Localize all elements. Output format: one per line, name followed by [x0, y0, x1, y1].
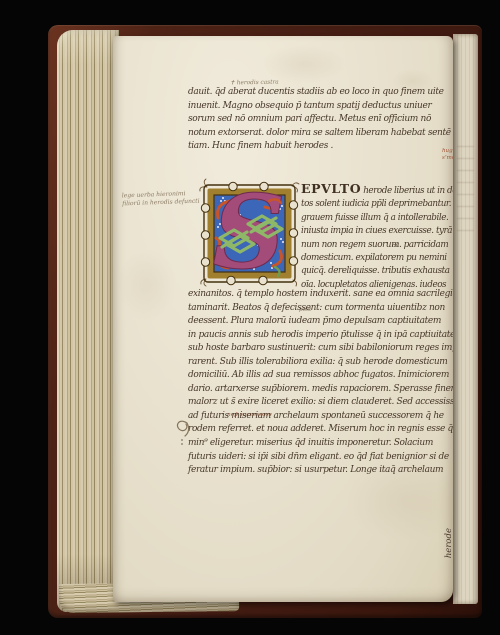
manuscript-line: ad futuris miseriam archelaum spontaneū … — [188, 410, 453, 424]
text-block-main: exinanitos. q̄ templo hostem induxerit. … — [188, 288, 453, 478]
manuscript-line: tiam. Hunc finem habuit herodes . — [188, 140, 451, 154]
page-edge-stack-left — [57, 30, 119, 612]
manuscript-line: dario. artarxerse sup̄biorem. medis rapa… — [188, 383, 453, 397]
manuscript-line: in paucis annis sub herodis imperio p̄tu… — [188, 329, 453, 343]
manuscript-line: inuenit. Magno obsequio p̄ tantum spatij… — [188, 100, 451, 114]
marginal-gloss-line: hug’ q̄d ste — [442, 148, 453, 155]
manuscript-line: iniusta impia in ciues exercuisse. tyrā — [301, 225, 453, 238]
interlinear-gloss: cū — [392, 243, 399, 249]
marginal-note-left: lege uerba hieronimi filiorū in herodis … — [122, 190, 200, 208]
manuscript-line: domiciliū. Ab illis ad sua remissos abho… — [188, 369, 453, 383]
manuscript-line: notum extorserat. dolor mira se saltem l… — [188, 127, 451, 141]
paraph-mark-icon — [174, 416, 192, 448]
text-block-top: dauit. q̄d aberat ducentis stadiis ab eo… — [188, 86, 451, 154]
manuscript-line: rodem referret. et noua adderet. Miserum… — [188, 423, 453, 437]
manuscript-line: num non regem suorum. parricidam — [301, 239, 453, 252]
manuscript-line: rarent. Sub illis tolerabiliora exilia: … — [188, 356, 453, 370]
manuscript-line: deessent. Plura malorū iudeam p̄mo depul… — [188, 315, 453, 329]
fore-edge-leaves-right — [453, 34, 478, 604]
photo-background: ✝ herodis castra dauit. q̄d aberat ducen… — [0, 0, 500, 635]
incipit-rest: herode liberius ut in defunc — [363, 186, 453, 196]
incipit-capitals: EPVLTO — [301, 181, 361, 196]
manuscript-line: quicq̄. dereliquisse. tributis exhausta — [301, 265, 453, 278]
manuscript-recto-page: ✝ herodis castra dauit. q̄d aberat ducen… — [113, 36, 453, 602]
illuminated-initial: S — [201, 183, 298, 284]
illuminated-initial-art: S — [201, 183, 298, 284]
manuscript-line: taminarit. Beatos q̄ defecissent: cum to… — [188, 302, 453, 316]
manuscript-line: futuris uideri: si ip̄i sibi dn̄m eligan… — [188, 451, 453, 465]
showthrough-text-ghost — [457, 146, 474, 241]
manuscript-line: domesticum. expilatorem pu nemini — [301, 252, 453, 265]
marginal-gloss-right: hug’ q̄d ste s’mone — [442, 148, 453, 161]
manuscript-line: grauem fuisse illum q̄ a intollerabile. — [301, 212, 453, 225]
manuscript-line: feratur impium. sup̄bior: si usurpetur. … — [188, 464, 453, 478]
manuscript-line: tos solent iudicia pp̄li deprimebantur. — [301, 198, 453, 211]
manuscript-line-incipit: EPVLTOherode liberius ut in defunc — [301, 182, 453, 198]
manuscript-line: dauit. q̄d aberat ducentis stadiis ab eo… — [188, 86, 451, 100]
manuscript-line: sub hoste barbaro sustinuerit: cum sibi … — [188, 342, 453, 356]
text-block-beside-initial: EPVLTOherode liberius ut in defunc tos s… — [301, 182, 453, 292]
catchword-vertical: herode — [444, 528, 453, 558]
manuscript-line: min⁹ eligeretur. miserius q̄d inuitis im… — [188, 437, 453, 451]
manuscript-line: exinanitos. q̄ templo hostem induxerit. … — [188, 288, 453, 302]
manuscript-line: malorz ut s̄ exire liceret exilio: si di… — [188, 396, 453, 410]
manuscript-line: sorum sed nō omnium pari affectu. Metus … — [188, 113, 451, 127]
marginal-gloss-line: s’mone — [442, 155, 453, 162]
